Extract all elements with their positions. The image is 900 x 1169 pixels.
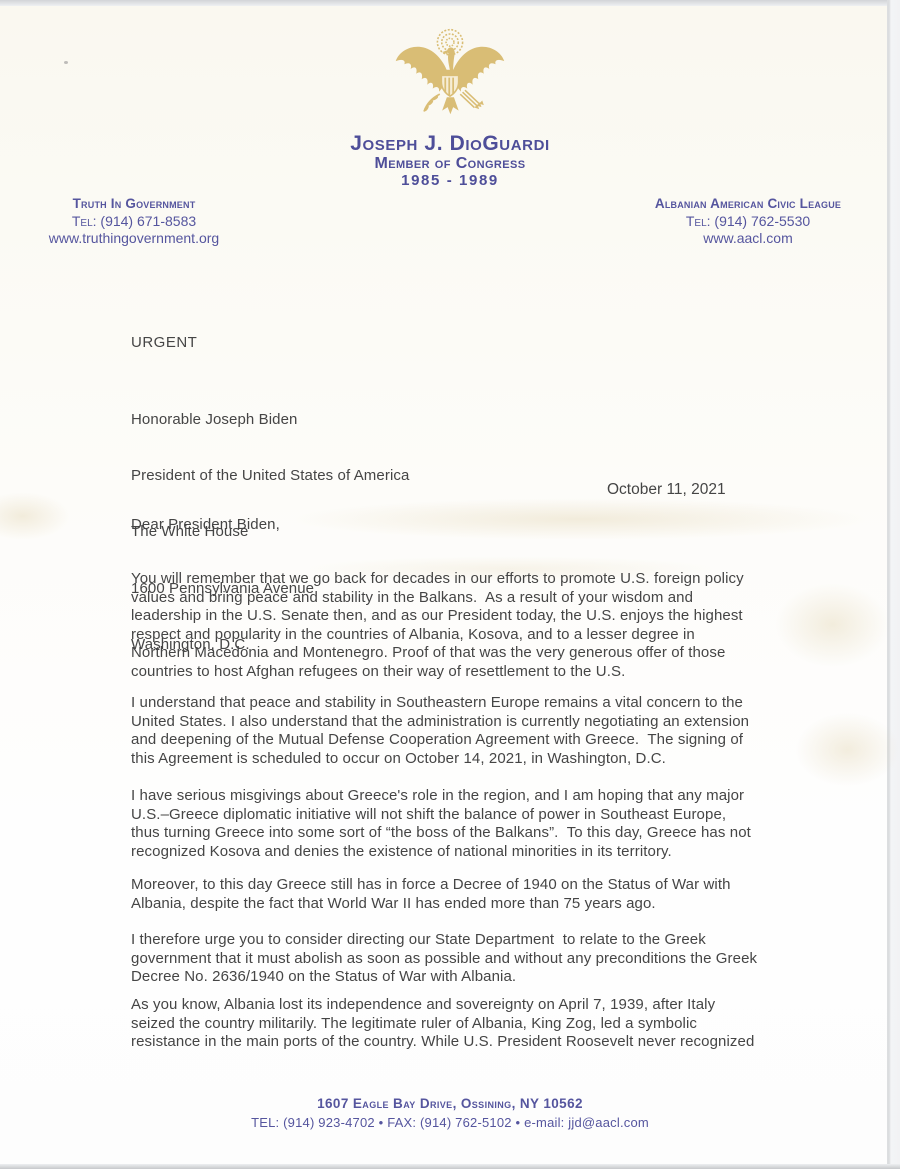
scan-smudge	[0, 492, 70, 540]
urgency-label: URGENT	[131, 334, 799, 353]
recipient-line: Honorable Joseph Biden	[131, 411, 799, 430]
letter-paragraph: Moreover, to this day Greece still has i…	[131, 876, 799, 913]
contact-block-albanian-american-civic-league: Albanian American Civic League Tel: (914…	[626, 195, 870, 248]
letter-paragraph: I therefore urge you to consider directi…	[131, 931, 799, 987]
org-website: www.truthingovernment.org	[13, 230, 255, 248]
letter-paragraph: You will remember that we go back for de…	[131, 570, 799, 682]
letterhead-role: Member of Congress	[0, 155, 900, 173]
letterhead-name: Joseph J. DioGuardi	[0, 132, 900, 156]
letter-paragraph: As you know, Albania lost its independen…	[131, 996, 799, 1052]
footer-contact-line: TEL: (914) 923-4702 • FAX: (914) 762-510…	[150, 1115, 750, 1130]
letterhead-years: 1985 - 1989	[0, 172, 900, 189]
org-name: Albanian American Civic League	[626, 195, 870, 213]
contact-block-truth-in-government: Truth In Government Tel: (914) 671-8583 …	[13, 195, 255, 248]
letter-paragraph: I understand that peace and stability in…	[131, 694, 799, 768]
footer-address: 1607 Eagle Bay Drive, Ossining, NY 10562	[150, 1096, 750, 1111]
org-name: Truth In Government	[13, 195, 255, 213]
scan-edge-top	[0, 0, 900, 6]
scanned-letter-page: Joseph J. DioGuardi Member of Congress 1…	[0, 0, 900, 1169]
scan-smudge	[795, 712, 900, 787]
congressional-eagle-seal-icon	[391, 24, 509, 136]
letter-paragraph: I have serious misgivings about Greece's…	[131, 787, 799, 861]
salutation: Dear President Biden,	[131, 516, 799, 535]
org-phone: Tel: (914) 671-8583	[13, 213, 255, 231]
scan-edge-bottom	[0, 1164, 900, 1169]
org-phone: Tel: (914) 762-5530	[626, 213, 870, 231]
org-website: www.aacl.com	[626, 230, 870, 248]
letter-date: October 11, 2021	[607, 481, 726, 499]
scan-speck	[64, 61, 68, 64]
